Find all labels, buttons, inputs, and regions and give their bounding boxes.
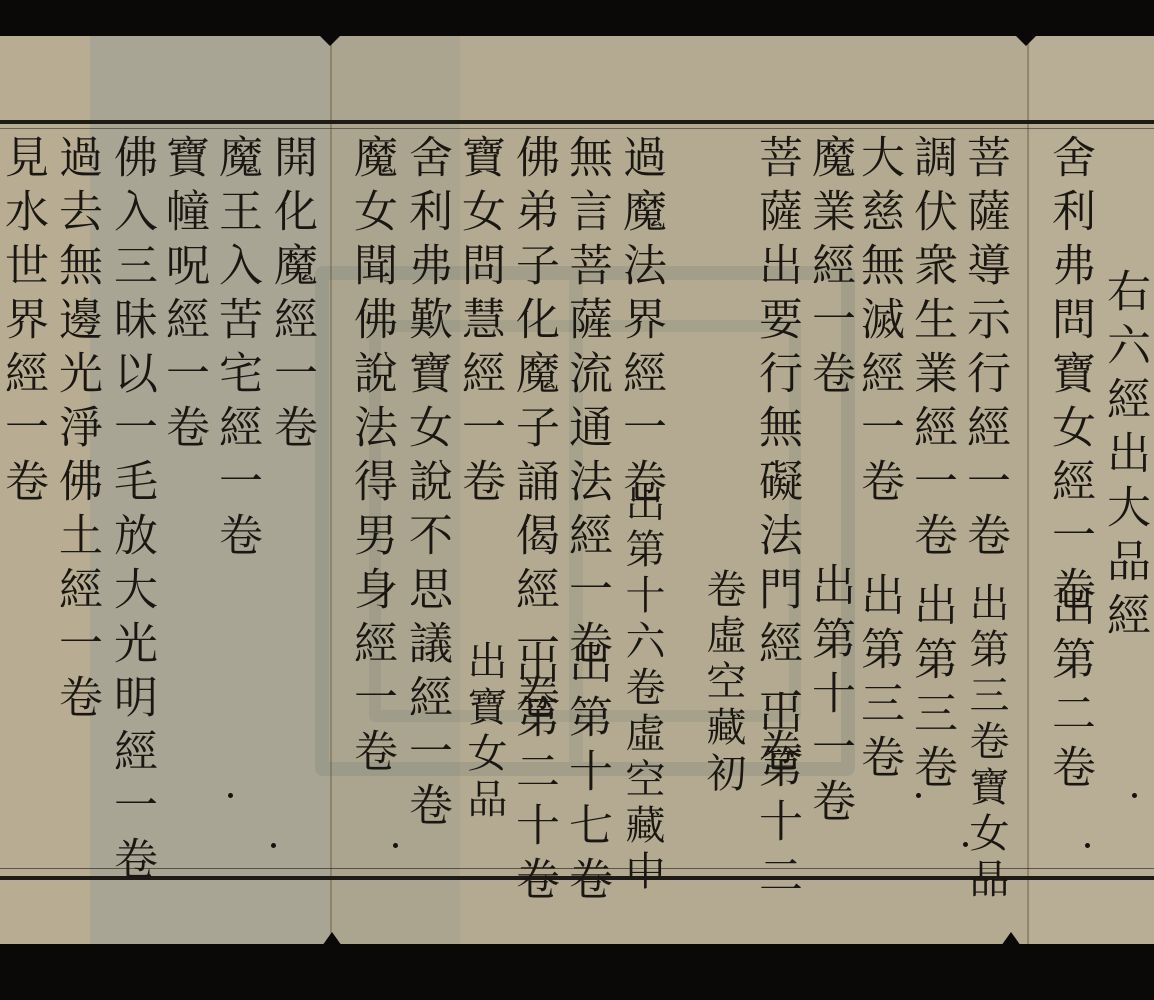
sutra-entry-title: 過魔法界經一卷 <box>614 134 666 512</box>
sutra-entry-source-note: 出第三卷 <box>852 572 904 788</box>
punctuation-dot <box>393 843 398 848</box>
binding-notch-bottom-right <box>1001 932 1021 946</box>
page-fold-right <box>1027 36 1029 944</box>
sutra-entry-title: 佛弟子化魔子誦偈經一卷 <box>507 134 559 728</box>
sutra-entry-title: 佛入三昧以一毛放大光明經一卷 <box>105 134 157 890</box>
sutra-entry-title: 菩薩出要行無礙法門經一卷 <box>750 134 802 782</box>
punctuation-dot <box>228 793 233 798</box>
sutra-entry-source-note: 出第十七卷 <box>560 640 612 910</box>
punctuation-dot <box>271 843 276 848</box>
sutra-entry-title: 無言菩薩流通法經一卷 <box>560 134 612 674</box>
summary-note: 右六經出大品經 <box>1098 268 1150 646</box>
page-fold-left <box>330 36 332 944</box>
top-border-rule <box>0 120 1154 124</box>
sutra-entry-title: 魔業經一卷 <box>803 134 855 404</box>
top-inner-rule <box>0 128 1154 129</box>
sutra-entry-title: 魔王入苦宅經一卷 <box>210 134 262 566</box>
sutra-entry-title: 調伏衆生業經一卷 <box>905 134 957 566</box>
sutra-entry-source-note: 出第二十卷 <box>507 640 559 910</box>
sutra-entry-source-note: 出第二卷 <box>1043 582 1095 798</box>
sutra-entry-title: 寶女問慧經一卷 <box>453 134 505 512</box>
sutra-entry-source-note: 出第三卷 <box>905 582 957 798</box>
sutra-entry-title: 舍利弗問寶女經一卷 <box>1043 134 1095 620</box>
sutra-entry-source-note: 出第十二 <box>750 690 802 906</box>
binding-notch-bottom-left <box>322 932 342 946</box>
sutra-entry-title: 舍利弗歎寶女說不思議經一卷 <box>400 134 452 836</box>
punctuation-dot <box>916 793 921 798</box>
sutra-entry-title: 寶幢呪經一卷 <box>157 134 209 458</box>
sutra-entry-title: 過去無邊光淨佛土經一卷 <box>50 134 102 728</box>
punctuation-dot <box>1132 793 1137 798</box>
sutra-entry-source-note: 出第三卷寶女品 <box>960 582 1012 904</box>
sutra-entry-title: 菩薩導示行經一卷 <box>958 134 1010 566</box>
punctuation-dot <box>963 842 968 847</box>
binding-notch-top-left <box>320 36 340 46</box>
sutra-entry-source-note: 出寶女品 <box>458 640 510 824</box>
punctuation-dot <box>437 793 442 798</box>
sutra-entry-source-note: 出第十六卷虛空藏中 <box>616 482 668 896</box>
sutra-entry-title: 開化魔經一卷 <box>265 134 317 458</box>
punctuation-dot <box>1085 843 1090 848</box>
sutra-entry-title: 見水世界經一卷 <box>0 134 48 512</box>
binding-notch-top-right <box>1016 36 1036 46</box>
sutra-entry-source-note-continued: 卷虛空藏初 <box>697 568 749 798</box>
sutra-entry-title: 大慈無滅經一卷 <box>852 134 904 512</box>
sutra-entry-source-note: 出第十一卷 <box>803 562 855 832</box>
sutra-entry-title: 魔女聞佛說法得男身經一卷 <box>345 134 397 782</box>
